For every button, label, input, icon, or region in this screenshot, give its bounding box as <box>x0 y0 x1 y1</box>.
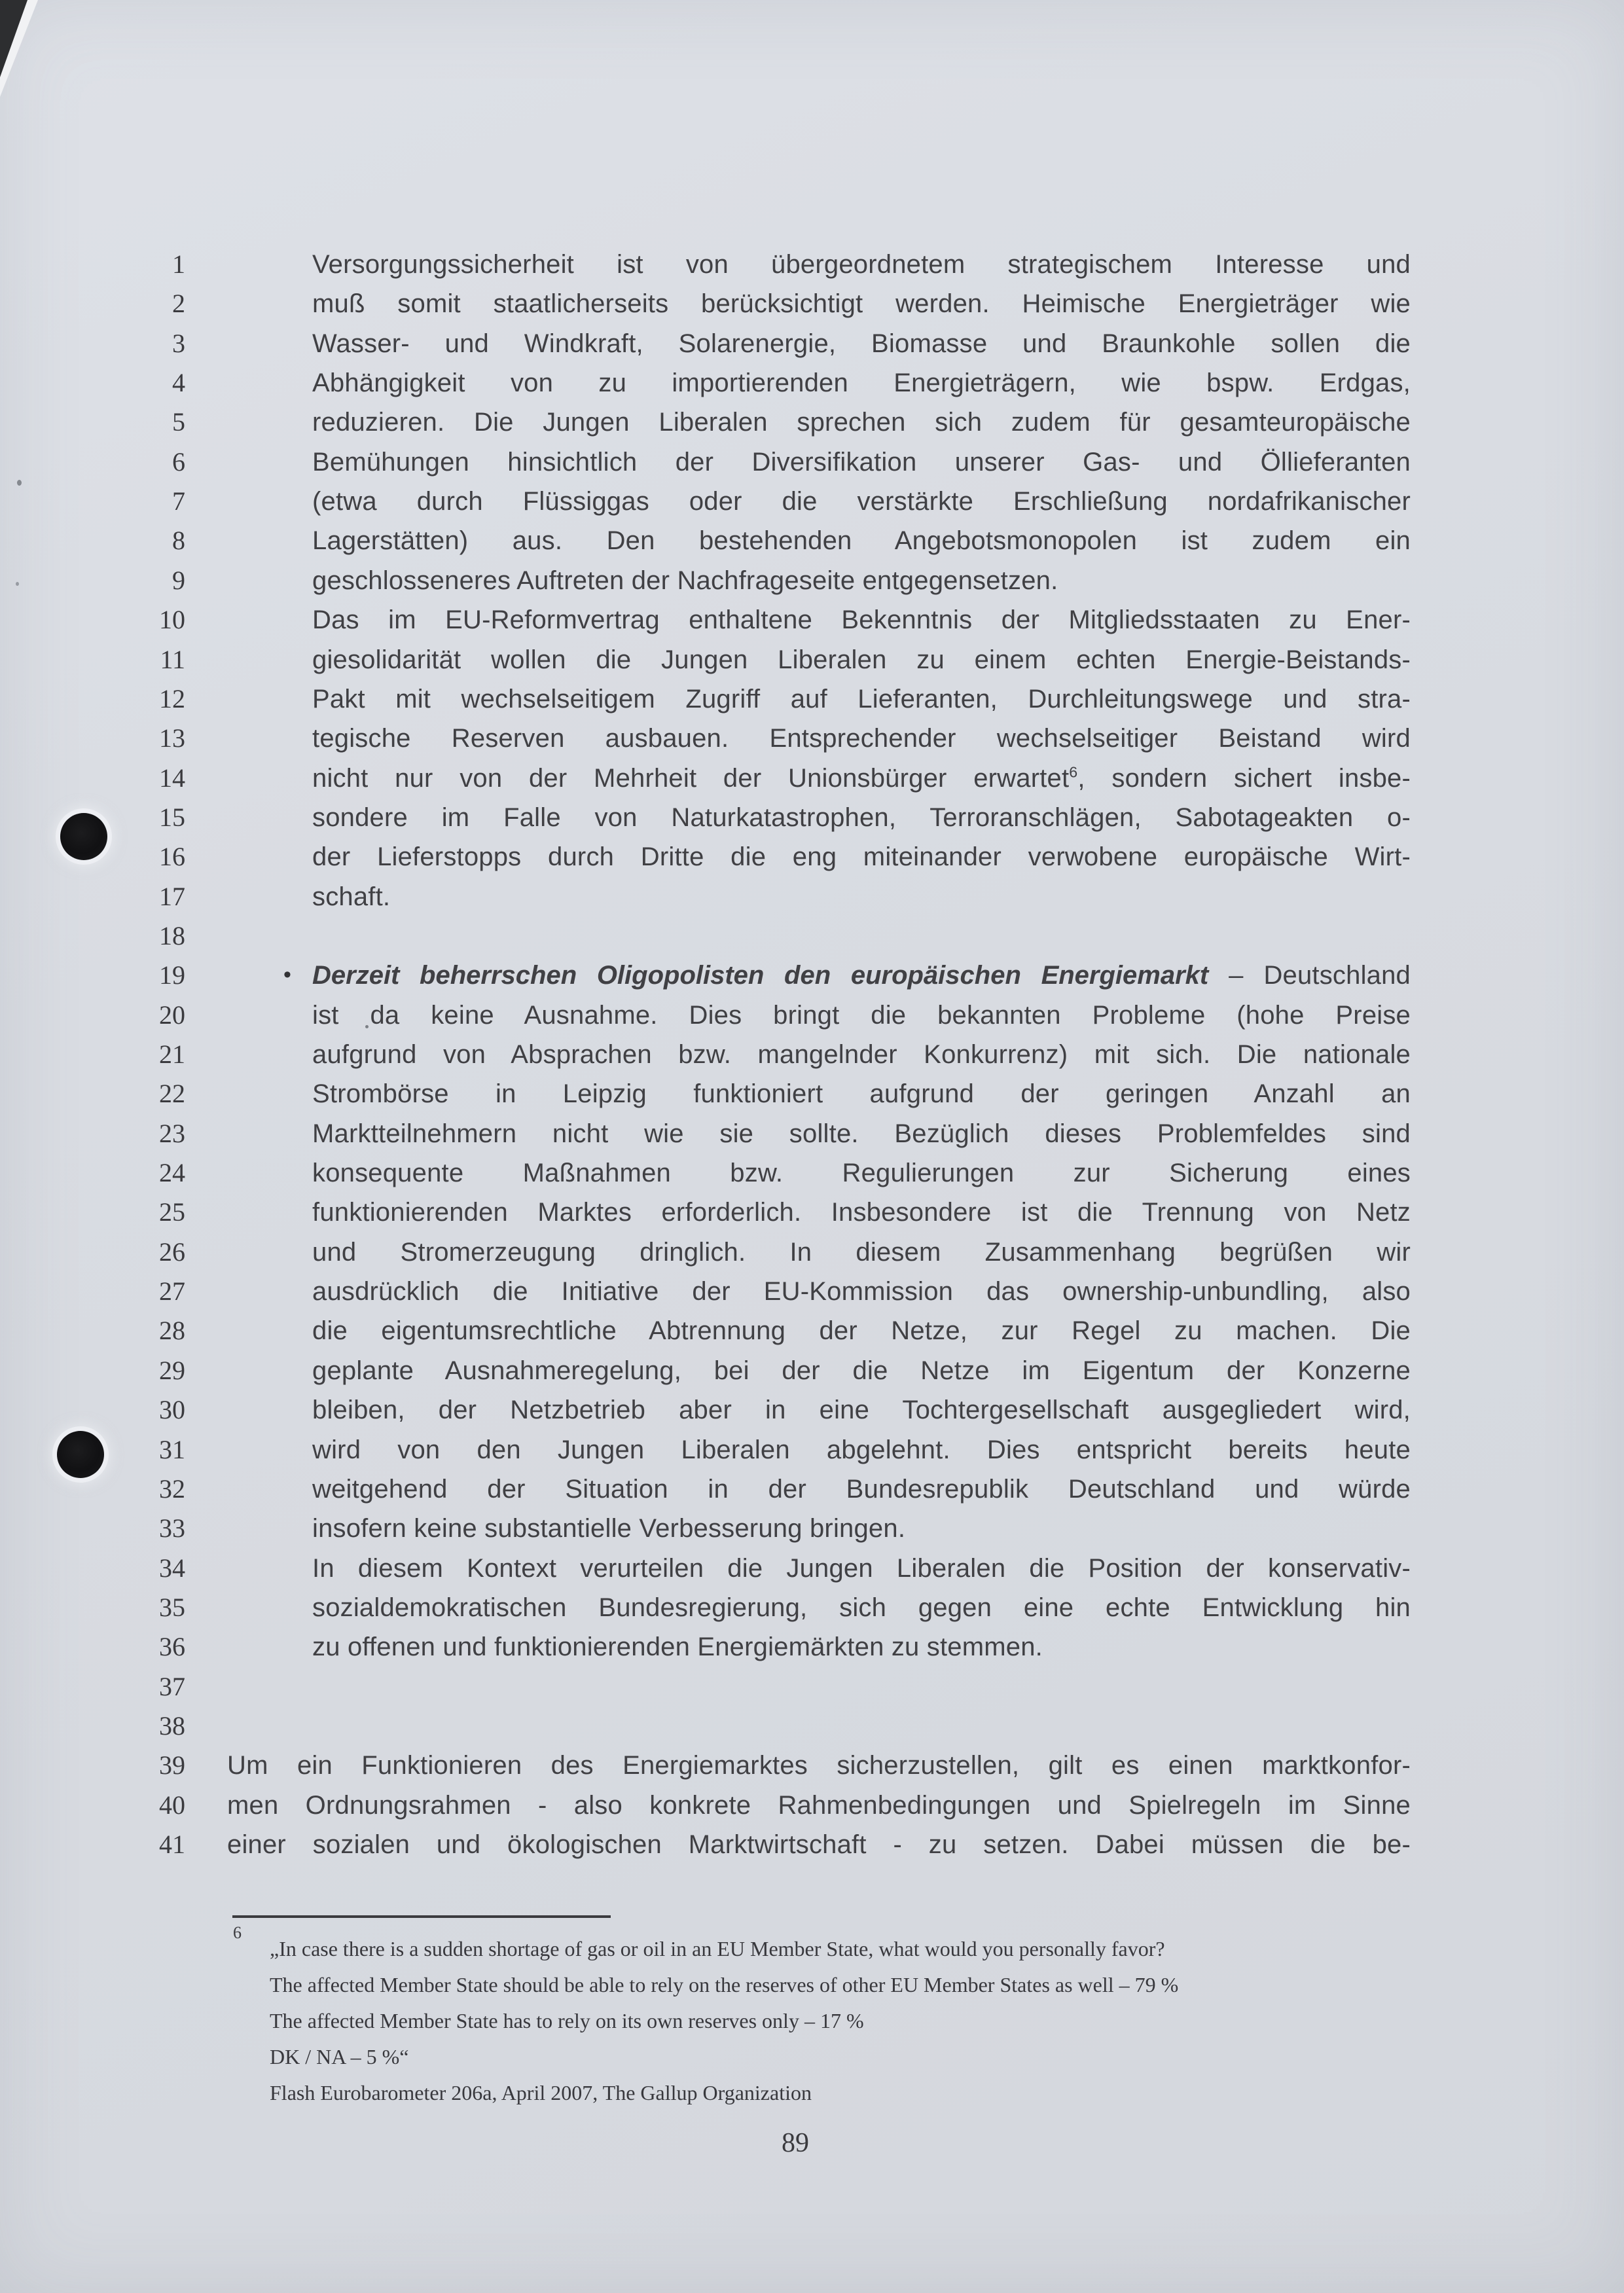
bullet-icon: • <box>283 956 310 994</box>
line-number: 20 <box>98 996 185 1035</box>
line-number: 24 <box>98 1153 185 1193</box>
text-line: 27ausdrücklich die Initiative der EU-Kom… <box>0 1272 1624 1312</box>
line-number: 31 <box>98 1430 185 1470</box>
text-segment: , sondern sichert insbe- <box>1077 764 1411 793</box>
line-text: Derzeit beherrschen Oligopolisten den eu… <box>312 956 1411 995</box>
text-line: 32weitgehend der Situation in der Bundes… <box>0 1470 1624 1509</box>
text-line: 22Strombörse in Leipzig funktioniert auf… <box>0 1074 1624 1114</box>
line-text: Das im EU-Reformvertrag enthaltene Beken… <box>312 600 1411 640</box>
line-number: 34 <box>98 1549 185 1588</box>
line-number: 37 <box>98 1667 185 1706</box>
footnote-line: „In case there is a sudden shortage of g… <box>270 1931 1435 1967</box>
line-number: 13 <box>98 719 185 758</box>
line-text: reduzieren. Die Jungen Liberalen spreche… <box>312 403 1411 442</box>
text-line: 15sondere im Falle von Naturkatastrophen… <box>0 798 1624 838</box>
line-text: ist da keine Ausnahme. Dies bringt die b… <box>312 996 1411 1035</box>
line-text: ausdrücklich die Initiative der EU-Kommi… <box>312 1272 1411 1311</box>
line-text: wird von den Jungen Liberalen abgelehnt.… <box>312 1430 1411 1470</box>
line-text: und Stromerzeugung dringlich. In diesem … <box>312 1233 1411 1272</box>
line-text: der Lieferstopps durch Dritte die eng mi… <box>312 837 1411 876</box>
line-number: 3 <box>98 324 185 363</box>
line-number: 30 <box>98 1390 185 1430</box>
line-number: 23 <box>98 1114 185 1153</box>
text-line: 5reduzieren. Die Jungen Liberalen sprech… <box>0 403 1624 442</box>
line-text: (etwa durch Flüssiggas oder die verstärk… <box>312 482 1411 521</box>
line-number: 5 <box>98 403 185 442</box>
text-line: 4Abhängigkeit von zu importierenden Ener… <box>0 363 1624 403</box>
line-text: tegische Reserven ausbauen. Entsprechend… <box>312 719 1411 758</box>
line-number: 33 <box>98 1509 185 1548</box>
line-text: Abhängigkeit von zu importierenden Energ… <box>312 363 1411 403</box>
line-text: muß somit staatlicherseits berücksichtig… <box>312 284 1411 323</box>
text-line: 41einer sozialen und ökologischen Marktw… <box>0 1825 1624 1865</box>
line-text: einer sozialen und ökologischen Marktwir… <box>227 1825 1411 1864</box>
line-text: Wasser- und Windkraft, Solarenergie, Bio… <box>312 324 1411 363</box>
text-line: 17schaft. <box>0 877 1624 917</box>
footnote-marker: 6 <box>233 1923 242 1943</box>
text-line: 23Marktteilnehmern nicht wie sie sollte.… <box>0 1114 1624 1154</box>
text-segment: nicht nur von der Mehrheit der Unionsbür… <box>312 764 1069 793</box>
line-number: 28 <box>98 1311 185 1350</box>
line-text: nicht nur von der Mehrheit der Unionsbür… <box>312 759 1411 798</box>
line-number: 21 <box>98 1035 185 1074</box>
line-number: 9 <box>98 561 185 600</box>
text-line: 38 <box>0 1706 1624 1746</box>
line-text: weitgehend der Situation in der Bundesre… <box>312 1470 1411 1509</box>
text-line: 39Um ein Funktionieren des Energiemarkte… <box>0 1746 1624 1786</box>
text-line: 26und Stromerzeugung dringlich. In diese… <box>0 1233 1624 1273</box>
page-number: 89 <box>756 2127 835 2159</box>
text-line: 28die eigentumsrechtliche Abtrennung der… <box>0 1311 1624 1351</box>
line-text: men Ordnungsrahmen - also konkrete Rahme… <box>227 1786 1411 1825</box>
line-number: 41 <box>98 1825 185 1864</box>
line-text: insofern keine substantielle Verbesserun… <box>312 1509 1411 1548</box>
text-line: 16der Lieferstopps durch Dritte die eng … <box>0 837 1624 877</box>
text-line: 10Das im EU-Reformvertrag enthaltene Bek… <box>0 600 1624 640</box>
line-text: Versorgungssicherheit ist von übergeordn… <box>312 245 1411 284</box>
line-text: zu offenen und funktionierenden Energiem… <box>312 1627 1411 1667</box>
text-line: 2muß somit staatlicherseits berücksichti… <box>0 284 1624 324</box>
line-number: 27 <box>98 1272 185 1311</box>
footnote-line: The affected Member State should be able… <box>270 1967 1435 2003</box>
line-text: schaft. <box>312 877 1411 916</box>
line-text: bleiben, der Netzbetrieb aber in eine To… <box>312 1390 1411 1430</box>
text-line: 1Versorgungssicherheit ist von übergeord… <box>0 245 1624 285</box>
line-number: 14 <box>98 759 185 798</box>
line-number: 10 <box>98 600 185 640</box>
emphasized-text: Derzeit beherrschen Oligopolisten den eu… <box>312 961 1208 990</box>
text-line: 40men Ordnungsrahmen - also konkrete Rah… <box>0 1786 1624 1826</box>
text-line: 21aufgrund von Absprachen bzw. mangelnde… <box>0 1035 1624 1075</box>
line-number: 12 <box>98 679 185 719</box>
footnote-separator <box>232 1915 611 1918</box>
line-text: Um ein Funktionieren des Energiemarktes … <box>227 1746 1411 1785</box>
line-number: 35 <box>98 1588 185 1627</box>
text-segment: – Deutschland <box>1208 961 1411 990</box>
text-line: 35sozialdemokratischen Bundesregierung, … <box>0 1588 1624 1628</box>
line-text: Marktteilnehmern nicht wie sie sollte. B… <box>312 1114 1411 1153</box>
text-line: 13tegische Reserven ausbauen. Entspreche… <box>0 719 1624 759</box>
scanned-page: 1Versorgungssicherheit ist von übergeord… <box>0 0 1624 2293</box>
line-number: 8 <box>98 521 185 560</box>
line-number: 17 <box>98 877 185 916</box>
text-line: 34In diesem Kontext verurteilen die Jung… <box>0 1549 1624 1589</box>
line-text: sozialdemokratischen Bundesregierung, si… <box>312 1588 1411 1627</box>
footnote-line: DK / NA – 5 %“ <box>270 2039 1435 2075</box>
text-line: 12Pakt mit wechselseitigem Zugriff auf L… <box>0 679 1624 719</box>
line-text: aufgrund von Absprachen bzw. mangelnder … <box>312 1035 1411 1074</box>
text-line: 31wird von den Jungen Liberalen abgelehn… <box>0 1430 1624 1470</box>
line-text: die eigentumsrechtliche Abtrennung der N… <box>312 1311 1411 1350</box>
line-number: 2 <box>98 284 185 323</box>
footnote-reference: 6 <box>1069 763 1077 780</box>
line-number: 36 <box>98 1627 185 1667</box>
line-text: Bemühungen hinsichtlich der Diversifikat… <box>312 442 1411 482</box>
footnote-line: Flash Eurobarometer 206a, April 2007, Th… <box>270 2075 1435 2111</box>
line-text: geplante Ausnahmeregelung, bei der die N… <box>312 1351 1411 1390</box>
line-number: 32 <box>98 1470 185 1509</box>
line-text: Pakt mit wechselseitigem Zugriff auf Lie… <box>312 679 1411 719</box>
line-number: 38 <box>98 1706 185 1746</box>
line-number: 19 <box>98 956 185 995</box>
line-number: 25 <box>98 1193 185 1232</box>
line-number: 18 <box>98 916 185 956</box>
text-line: 33insofern keine substantielle Verbesser… <box>0 1509 1624 1549</box>
line-text: giesolidarität wollen die Jungen Liberal… <box>312 640 1411 679</box>
line-text: funktionierenden Marktes erforderlich. I… <box>312 1193 1411 1232</box>
line-number: 26 <box>98 1233 185 1272</box>
line-number: 7 <box>98 482 185 521</box>
text-line: 24konsequente Maßnahmen bzw. Regulierung… <box>0 1153 1624 1193</box>
text-line: 18 <box>0 916 1624 956</box>
text-line: 25funktionierenden Marktes erforderlich.… <box>0 1193 1624 1233</box>
line-text: Strombörse in Leipzig funktioniert aufgr… <box>312 1074 1411 1113</box>
line-number: 39 <box>98 1746 185 1785</box>
text-line: 19•Derzeit beherrschen Oligopolisten den… <box>0 956 1624 996</box>
line-number: 1 <box>98 245 185 284</box>
line-text: Lagerstätten) aus. Den bestehenden Angeb… <box>312 521 1411 560</box>
line-text: In diesem Kontext verurteilen die Jungen… <box>312 1549 1411 1588</box>
line-text: konsequente Maßnahmen bzw. Regulierungen… <box>312 1153 1411 1193</box>
line-number: 15 <box>98 798 185 837</box>
line-number: 6 <box>98 442 185 482</box>
footnote-line: The affected Member State has to rely on… <box>270 2003 1435 2039</box>
text-line: 29geplante Ausnahmeregelung, bei der die… <box>0 1351 1624 1391</box>
text-line: 9geschlosseneres Auftreten der Nachfrage… <box>0 561 1624 601</box>
line-number: 29 <box>98 1351 185 1390</box>
line-number: 16 <box>98 837 185 876</box>
line-number: 40 <box>98 1786 185 1825</box>
text-line: 3Wasser- und Windkraft, Solarenergie, Bi… <box>0 324 1624 364</box>
text-line: 7(etwa durch Flüssiggas oder die verstär… <box>0 482 1624 522</box>
line-number: 22 <box>98 1074 185 1113</box>
text-line: 20ist da keine Ausnahme. Dies bringt die… <box>0 996 1624 1036</box>
text-line: 11giesolidarität wollen die Jungen Liber… <box>0 640 1624 680</box>
text-line: 8Lagerstätten) aus. Den bestehenden Ange… <box>0 521 1624 561</box>
text-line: 37 <box>0 1667 1624 1707</box>
line-text: geschlosseneres Auftreten der Nachfrages… <box>312 561 1411 600</box>
line-text: sondere im Falle von Naturkatastrophen, … <box>312 798 1411 837</box>
text-line: 30bleiben, der Netzbetrieb aber in eine … <box>0 1390 1624 1430</box>
line-number: 11 <box>98 640 185 679</box>
line-number: 4 <box>98 363 185 403</box>
text-line: 36zu offenen und funktionierenden Energi… <box>0 1627 1624 1667</box>
text-line: 14nicht nur von der Mehrheit der Unionsb… <box>0 759 1624 799</box>
text-line: 6Bemühungen hinsichtlich der Diversifika… <box>0 442 1624 482</box>
footnote: „In case there is a sudden shortage of g… <box>270 1931 1435 2111</box>
